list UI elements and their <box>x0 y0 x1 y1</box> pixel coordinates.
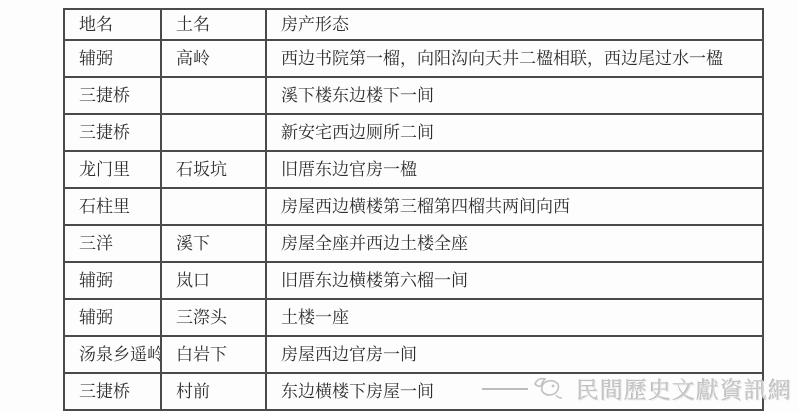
table-row: 石柱里房屋西边横楼第三榴第四榴共两间向西 <box>64 188 763 225</box>
property-form-cell: 旧厝东边官房一楹 <box>266 151 763 188</box>
place-name-cell: 三捷桥 <box>64 114 161 151</box>
local-name-cell: 白岩下 <box>161 336 266 373</box>
table-row: 汤泉乡遥岭尾白岩下房屋西边官房一间 <box>64 336 763 373</box>
table-row: 三捷桥新安宅西边厕所二间 <box>64 114 763 151</box>
twin-birds-logo-icon <box>532 374 570 404</box>
header-property-form: 房产形态 <box>266 9 763 40</box>
local-name-cell: 石坂坑 <box>161 151 266 188</box>
property-table: 地名 土名 房产形态 辅弼高岭西边书院第一榴，向阳沟向天井二楹相联，西边尾过水一… <box>63 8 764 411</box>
header-place-name: 地名 <box>64 9 161 40</box>
property-form-cell: 溪下楼东边楼下一间 <box>266 77 763 114</box>
table-row: 辅弼高岭西边书院第一榴，向阳沟向天井二楹相联，西边尾过水一楹 <box>64 40 763 77</box>
local-name-cell: 溪下 <box>161 225 266 262</box>
place-name-cell: 石柱里 <box>64 188 161 225</box>
table-body: 辅弼高岭西边书院第一榴，向阳沟向天井二楹相联，西边尾过水一楹三捷桥溪下楼东边楼下… <box>64 40 763 410</box>
property-form-cell: 旧厝东边横楼第六榴一间 <box>266 262 763 299</box>
place-name-cell: 汤泉乡遥岭尾 <box>64 336 161 373</box>
property-form-cell: 西边书院第一榴，向阳沟向天井二楹相联，西边尾过水一楹 <box>266 40 763 77</box>
property-form-cell: 房屋西边横楼第三榴第四榴共两间向西 <box>266 188 763 225</box>
local-name-cell <box>161 114 266 151</box>
table-row: 龙门里石坂坑旧厝东边官房一楹 <box>64 151 763 188</box>
property-form-cell: 房屋西边官房一间 <box>266 336 763 373</box>
table-row: 辅弼三漈头土楼一座 <box>64 299 763 336</box>
header-local-name: 土名 <box>161 9 266 40</box>
place-name-cell: 三捷桥 <box>64 373 161 410</box>
local-name-cell: 高岭 <box>161 40 266 77</box>
property-form-cell: 房屋全座并西边土楼全座 <box>266 225 763 262</box>
table-row: 三捷桥溪下楼东边楼下一间 <box>64 77 763 114</box>
local-name-cell: 岚口 <box>161 262 266 299</box>
place-name-cell: 辅弼 <box>64 40 161 77</box>
table-row: 三洋溪下房屋全座并西边土楼全座 <box>64 225 763 262</box>
place-name-cell: 三捷桥 <box>64 77 161 114</box>
table-header-row: 地名 土名 房产形态 <box>64 9 763 40</box>
local-name-cell: 村前 <box>161 373 266 410</box>
place-name-cell: 龙门里 <box>64 151 161 188</box>
scanned-document-page: 地名 土名 房产形态 辅弼高岭西边书院第一榴，向阳沟向天井二楹相联，西边尾过水一… <box>0 0 798 411</box>
place-name-cell: 辅弼 <box>64 299 161 336</box>
watermark-rule <box>482 388 528 390</box>
place-name-cell: 三洋 <box>64 225 161 262</box>
local-name-cell <box>161 188 266 225</box>
property-form-cell: 土楼一座 <box>266 299 763 336</box>
watermark: 民間歷史文獻資訊網 <box>482 372 792 405</box>
property-form-cell: 新安宅西边厕所二间 <box>266 114 763 151</box>
table-row: 辅弼岚口旧厝东边横楼第六榴一间 <box>64 262 763 299</box>
watermark-text: 民間歷史文獻資訊網 <box>576 372 792 405</box>
local-name-cell <box>161 77 266 114</box>
place-name-cell: 辅弼 <box>64 262 161 299</box>
local-name-cell: 三漈头 <box>161 299 266 336</box>
